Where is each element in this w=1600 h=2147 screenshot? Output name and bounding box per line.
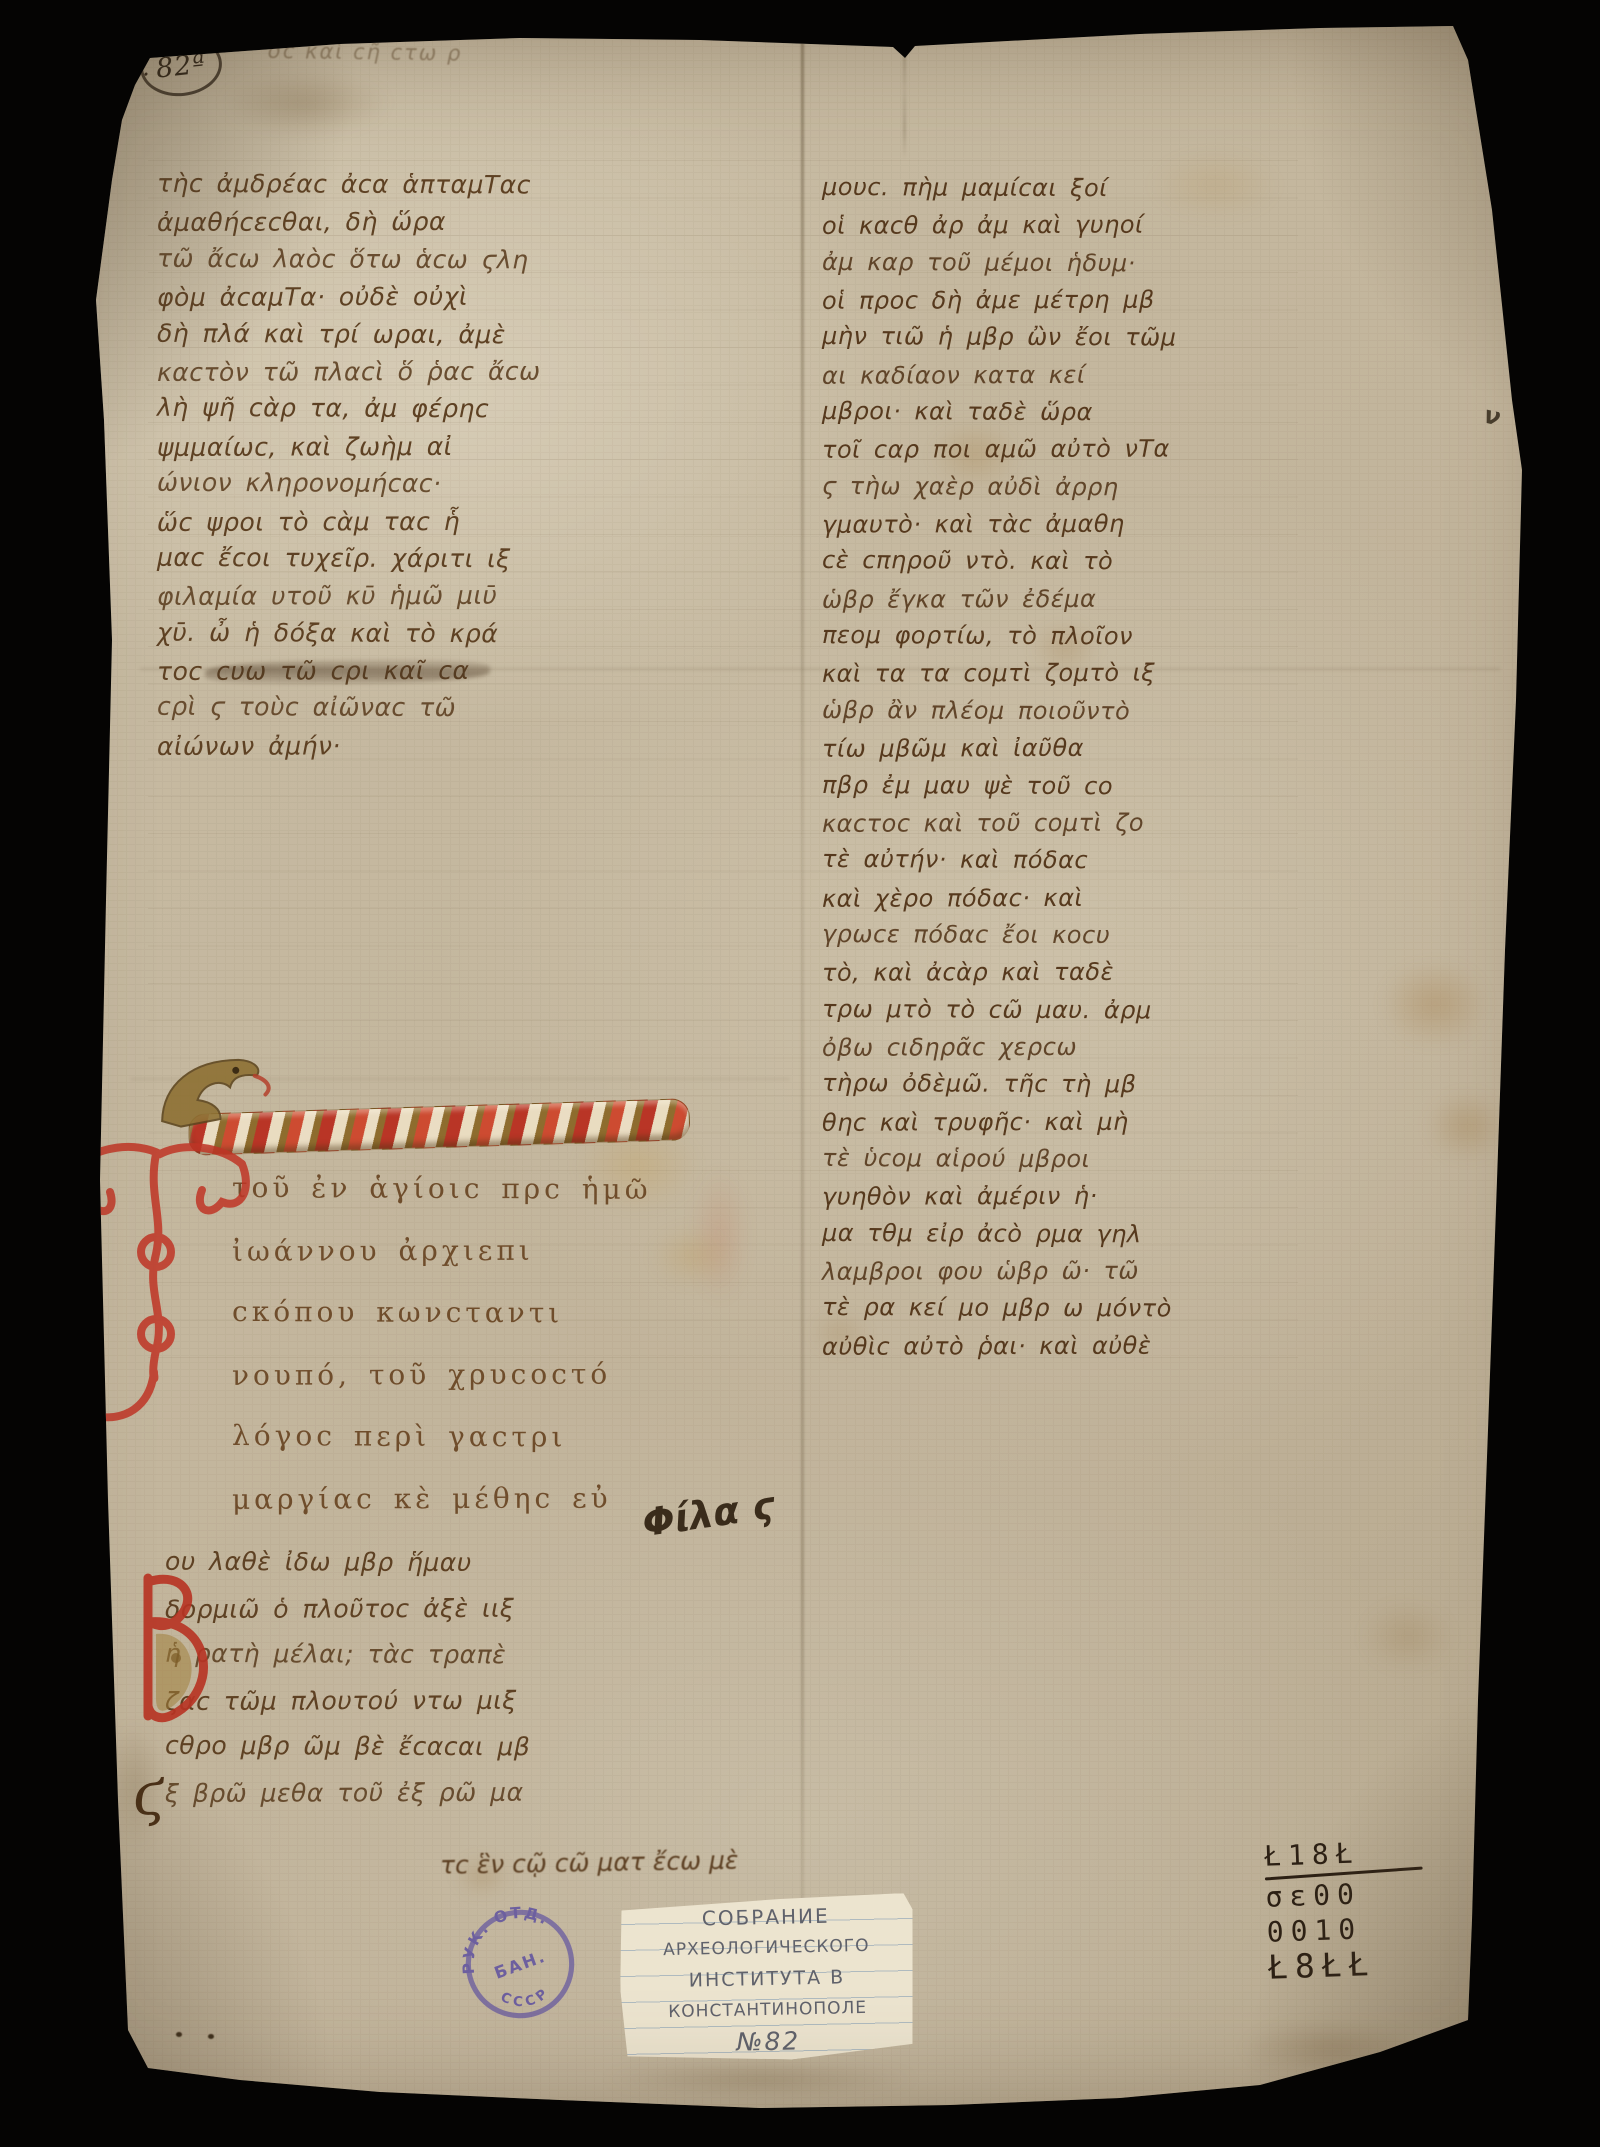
manuscript-text-line: ἡ ρατὴ μέλαι; τὰϲ τραπὲ — [165, 1631, 725, 1679]
manuscript-photograph: τὴϲ ἀμδρέαϲ ἀϲα ἁπταμΤαϲἀμαθήϲεϲθαι, δὴ … — [0, 0, 1600, 2147]
manuscript-text-line: νουπό, τοῦ χρυϲοϲτό — [232, 1357, 702, 1421]
manuscript-text-line: ϲκόπου κωνϲταντι — [232, 1295, 702, 1359]
manuscript-text-line: ϲρὶ ϛ τοὺϲ αἰῶναϲ τῶ — [157, 688, 717, 728]
pen-trial-line: σε00 — [1265, 1874, 1424, 1914]
stain — [1425, 1090, 1510, 1162]
fold-crease — [903, 40, 906, 160]
manuscript-text-line: ψμμαίωϲ, καὶ ζωὴμ αἰ — [157, 427, 717, 466]
manuscript-text-line: οἱ καϲθ ἀρ ἀμ καὶ γυηοί — [822, 207, 1292, 246]
stain — [220, 70, 390, 136]
shelfmark-number: 82ª — [154, 48, 207, 84]
manuscript-text-line: τὲ ρα κεί μο μβρ ω μόντὸ — [822, 1289, 1292, 1328]
stamp-center-text: БАН. — [492, 1947, 549, 1983]
manuscript-text-line: καὶ χὲρο πόδαϲ· καὶ — [822, 879, 1292, 918]
manuscript-text-line: λὴ ψῆ ϲὰρ τα, ἀμ φέρηϲ — [157, 389, 717, 429]
top-inscription: δϲ καὶ ϲῆ ϲτω ρ — [268, 39, 463, 66]
manuscript-text-line: ὥϲ ψροι τὸ ϲὰμ ταϲ ἧ — [157, 502, 717, 541]
stain — [1380, 960, 1490, 1048]
manuscript-text-line: ἰωάννου ἀρχιεπι — [232, 1233, 702, 1297]
manuscript-text-line: τὸ, καὶ ἀϲὰρ καὶ ταδὲ — [822, 953, 1292, 992]
manuscript-text-line: καϲτοϲ καὶ τοῦ ϲομτὶ ζο — [822, 804, 1292, 843]
label-line: АРХЕОЛОГИЧЕСКОГО — [663, 1931, 870, 1966]
manuscript-text-line: φιλαμία υτοῦ κῡ ἡμῶ μιῡ — [157, 576, 717, 615]
manuscript-text-line: ὡβρ ἂν πλέομ ποιοῦντὸ — [822, 692, 1292, 731]
manuscript-text-line: μβροι· καὶ ταδὲ ὥρα — [822, 393, 1292, 432]
manuscript-text-line: ϛ τὴω χαὲρ αὐδὶ ἀρρη — [822, 468, 1292, 507]
manuscript-text-line: λαμβροι φου ὡβρ ῶ· τῶ — [822, 1252, 1292, 1291]
manuscript-text-line: μαϲ ἔϲοι τυχεῖρ. χάριτι ιξ — [157, 539, 717, 579]
pen-trial-line: Ł8ŁŁ — [1267, 1944, 1426, 1984]
archive-label-text: СОБРАНИЕ АРХЕОЛОГИЧЕСКОГО ИНСТИТУТА В КО… — [622, 1899, 911, 2061]
parchment-leaf: τὴϲ ἀμδρέαϲ ἀϲα ἁπταμΤαϲἀμαθήϲεϲθαι, δὴ … — [0, 0, 1600, 2147]
label-shelf-number: №82 — [736, 2025, 800, 2057]
manuscript-text-line: φὸμ ἀϲαμΤα· οὐδὲ οὐχὶ — [157, 277, 717, 316]
manuscript-text-line: τρω μτὸ τὸ ϲῶ μαυ. ἀρμ — [822, 991, 1292, 1030]
shelfmark-circle: 82ª — [137, 32, 225, 100]
manuscript-text-line: ϲθρο μβρ ῶμ βὲ ἔϲαϲαι μβ — [165, 1723, 725, 1771]
manuscript-text-line: αι καδίαον κατα κεί — [822, 356, 1292, 395]
stain — [1360, 1600, 1455, 1672]
label-line: СОБРАНИЕ — [702, 1901, 830, 1935]
manuscript-text-line: καϲτὸν τῶ πλαϲὶ ὅ ῥαϲ ἄϲω — [157, 352, 717, 391]
pen-trials: Ł18Ł σε00 0010 Ł8ŁŁ — [1264, 1833, 1427, 1984]
manuscript-text-line: γρωϲε πόδαϲ ἔοι κοϲυ — [822, 916, 1292, 955]
manuscript-text-line: ὡβρ ἔγκα τῶν ἐδέμα — [822, 580, 1292, 619]
manuscript-text-line: τὲ αὐτήν· καὶ πόδαϲ — [822, 841, 1292, 880]
label-line: КОНСТАНТИНОПОЛЕ — [668, 1993, 867, 2028]
manuscript-text-line: μαργίαϲ κὲ μέθηϲ εὐ — [232, 1481, 702, 1545]
manuscript-text-line: λόγοϲ περὶ γαϲτρι — [232, 1419, 702, 1483]
manuscript-text-line: μουϲ. πὴμ μαμίϲαι ξοί — [822, 169, 1292, 208]
manuscript-text-line: τὴϲ ἀμδρέαϲ ἀϲα ἁπταμΤαϲ — [157, 165, 717, 205]
manuscript-text-line: ἀμαθήϲεϲθαι, δὴ ὥρα — [157, 202, 717, 241]
manuscript-text-line: τοῖ ϲαρ ποι αμῶ αὐτὸ νΤα — [822, 431, 1292, 470]
manuscript-text-line: ξ βρῶ μεθα τοῦ ἐξ ρῶ μα — [165, 1769, 725, 1817]
manuscript-text-line: πβρ ἐμ μαυ ψὲ τοῦ ϲο — [822, 766, 1292, 805]
manuscript-text-line: τῶ ἄϲω λαὸϲ ὅτω ἁϲω ϛλη — [157, 240, 717, 280]
right-column-text: μουϲ. πὴμ μαμίϲαι ξοίοἱ καϲθ ἀρ ἀμ καὶ γ… — [822, 170, 1292, 1365]
stain — [1240, 2020, 1420, 2076]
bottom-text-line: τϲ ἓν ϲῷ ϲῶ ματ ἔϲω μὲ — [440, 1845, 739, 1879]
initial-beta-ornament — [126, 1566, 221, 1731]
manuscript-text-line: οἱ προϲ δὴ ἀμε μέτρη μβ — [822, 281, 1292, 320]
manuscript-text-line: χῡ. ὦ ἡ δόξα καὶ τὸ κρά — [157, 613, 717, 653]
manuscript-text-line: γυηθὸν καὶ ἀμέριν ἡ· — [822, 1177, 1292, 1216]
manuscript-text-line: καὶ τα τα ϲομτὶ ζομτὸ ιξ — [822, 655, 1292, 694]
manuscript-text-line: πεομ φορτίω, τὸ πλοῖον — [822, 617, 1292, 656]
manuscript-text-line: ώνιον κληρονομήϲαϲ· — [157, 464, 717, 504]
manuscript-text-line: ου λαθὲ ἰδω μβρ ἥμαυ — [165, 1539, 725, 1587]
edge-mark: ν — [1481, 401, 1503, 432]
fold-crease — [801, 36, 804, 2086]
manuscript-text-line: τοῦ ἐν ἁγίοιϲ πρϲ ἡμῶ — [232, 1171, 702, 1235]
manuscript-text-line: τὴρω ὀδὲμῶ. τῆϲ τὴ μβ — [822, 1065, 1292, 1104]
archive-label: СОБРАНИЕ АРХЕОЛОГИЧЕСКОГО ИНСТИТУТА В КО… — [618, 1893, 915, 2063]
manuscript-text-line: ὀβω ϲιδηρᾶϲ χερϲω — [822, 1028, 1292, 1067]
initial-tau-ornament — [52, 1122, 262, 1452]
line-initial-flourish: ϛ — [129, 1759, 167, 1830]
manuscript-text-line: ἀμ καρ τοῦ μέμοι ἡδυμ· — [822, 244, 1292, 283]
wormhole — [208, 2034, 214, 2039]
manuscript-text-line: τίω μβῶμ καὶ ἰαῦθα — [822, 729, 1292, 768]
manuscript-text-line: μα τθμ εἰρ ἀϲὸ ρμα γηλ — [822, 1215, 1292, 1254]
manuscript-text-line: αὐθὶϲ αὐτὸ ῥαι· καὶ αὐθὲ — [822, 1327, 1292, 1366]
manuscript-text-line: μὴν τιῶ ἡ μβρ ὢν ἔοι τῶμ — [822, 318, 1292, 357]
manuscript-text-line: τὲ ὑϲομ αἱρού μβροι — [822, 1140, 1292, 1179]
label-line: ИНСТИТУТА В — [688, 1962, 845, 1996]
left-column-lower-text: ου λαθὲ ἰδω μβρ ἥμαυδορμιῶ ὁ πλοῦτοϲ ἀξὲ… — [165, 1540, 725, 1816]
library-stamp: РУК. ОТД. БАН. СССР — [441, 1885, 600, 2044]
manuscript-text-line: αἰώνων ἀμήν· — [157, 726, 717, 765]
manuscript-text-line: δορμιῶ ὁ πλοῦτοϲ ἀξὲ ιιξ — [165, 1585, 725, 1633]
homily-title-block: τοῦ ἐν ἁγίοιϲ πρϲ ἡμῶἰωάννου ἀρχιεπιϲκόπ… — [232, 1172, 702, 1544]
manuscript-text-line: δὴ πλά καὶ τρί ωραι, ἀμὲ — [157, 314, 717, 354]
manuscript-text-line: γμαυτὸ· καὶ τὰϲ ἀμαθη — [822, 505, 1292, 544]
pen-trial-line: 0010 — [1266, 1909, 1425, 1949]
manuscript-text-line: ϲὲ ϲπηροῦ ντὸ. καὶ τὸ — [822, 542, 1292, 581]
stain — [600, 2062, 920, 2096]
manuscript-text-line: θηϲ καὶ τρυφῆϲ· καὶ μὴ — [822, 1103, 1292, 1142]
manuscript-text-line: ζαϲ τῶμ πλουτού ντω μιξ — [165, 1677, 725, 1725]
wormhole — [176, 2032, 182, 2037]
